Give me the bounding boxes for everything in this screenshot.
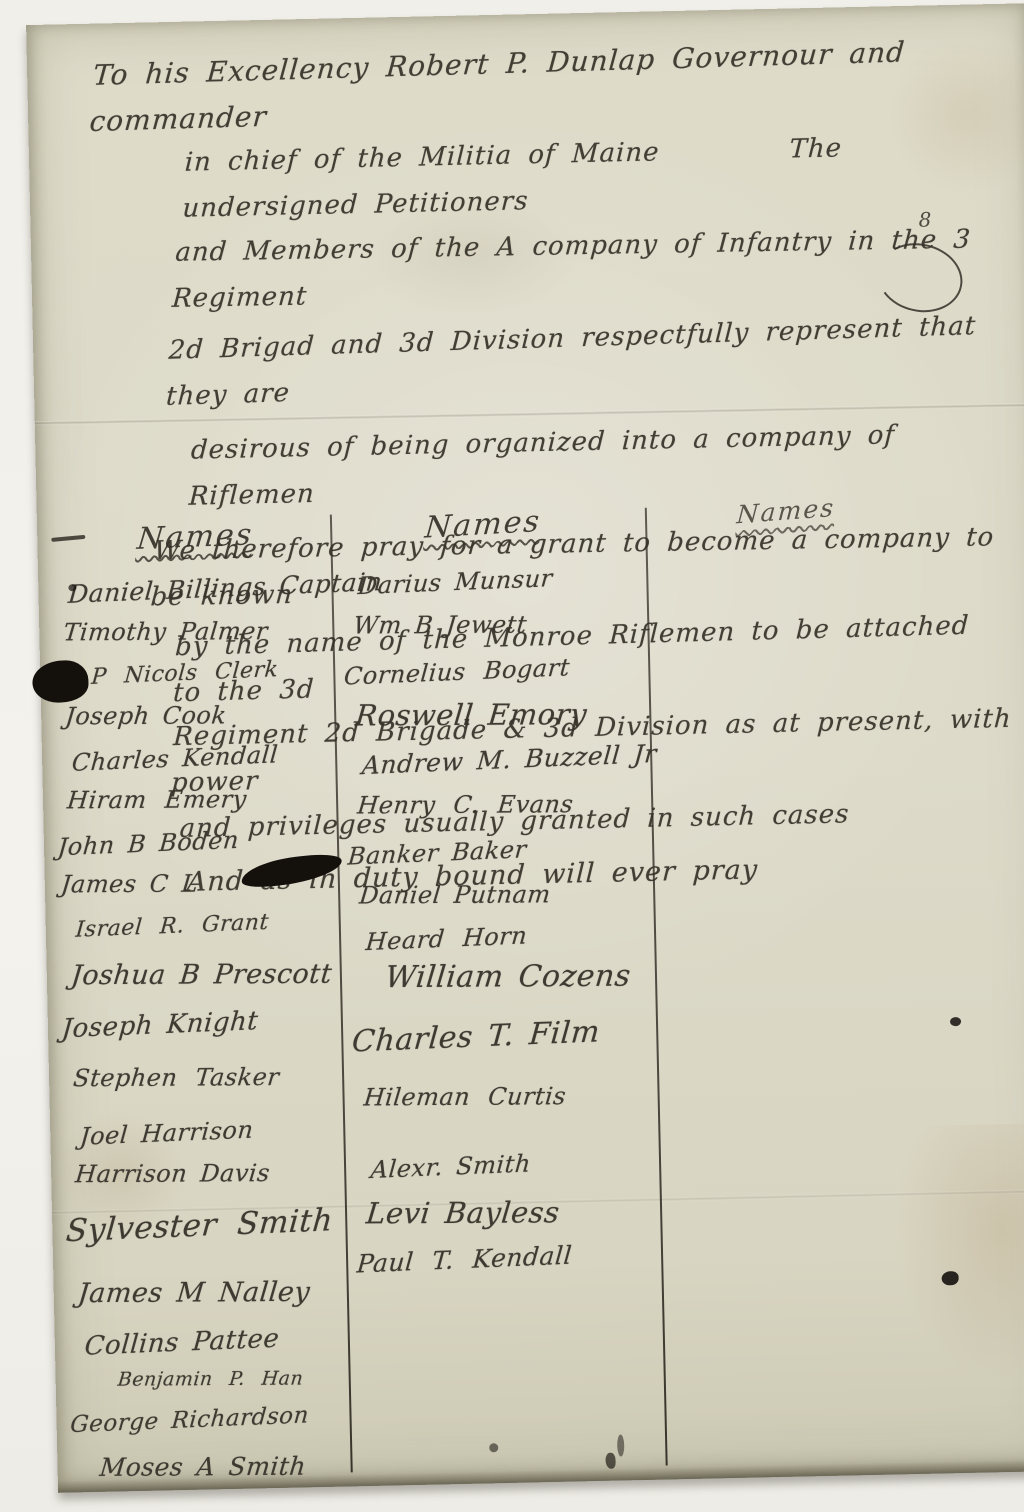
signature: Charles T. Film [350,1006,694,1066]
signature: Benjamin P. Han [116,1358,350,1399]
signature: Hileman Curtis [362,1074,696,1118]
ink-speck [942,1271,959,1285]
signature: Sylvester Smith [64,1200,346,1251]
ink-smudge [605,1453,615,1469]
signature: Roswell Emory [353,692,687,736]
signature-column-left: Daniel Billings Captain Timothy Palmer N… [52,567,350,1491]
signature: Wm B Jewett [351,602,685,646]
signature: Daniel Billings Captain [67,564,333,615]
signature: Alexr. Smith [369,1136,697,1191]
signature-column-middle: Darius Munsur Wm B Jewett Cornelius Boga… [342,555,698,1282]
signature: Andrew M. Buzzell Jr [360,732,688,787]
ink-smudge [617,1434,624,1456]
names-column-header-2: Names [423,504,542,546]
petition-body-line: in chief of the Militia of Maine The und… [181,122,1003,232]
signature: Daniel Putnam [357,872,691,916]
signature: N P Nicols Clerk [52,648,334,699]
signature: Darius Munsur [356,552,684,607]
signature: Stephen Tasker [71,1057,343,1099]
signature: Hiram Emery [65,779,337,821]
signature: William Cozens [383,954,693,1000]
signature: Israel R. Grant [74,900,340,951]
petition-body-line: desirous of being organized into a compa… [188,410,1010,520]
ink-annotation-mark: 8 [918,207,931,231]
signature: Charles Kendall [70,732,336,783]
signature: Timothy Palmer [62,611,334,653]
signature: George Richardson [69,1394,351,1445]
ink-speck [950,1017,961,1026]
signature: Heard Horn [364,912,691,959]
signature: Levi Bayless [364,1190,698,1234]
signature: Joseph Cook [63,695,335,737]
scan-background: To his Excellency Robert P. Dunlap Gover… [0,0,1024,1512]
signature: Banker Baker [346,822,690,878]
signature: Cornelius Bogart [342,642,686,698]
signature: Joshua B Prescott [69,955,341,997]
signature: Henry C. Evans [355,782,689,826]
ink-smudge [489,1443,498,1452]
names-column-header-1: Names [135,517,254,557]
signature: Joseph Knight [60,998,342,1049]
signature: Paul T. Kendall [355,1229,699,1285]
ink-blot [32,660,89,703]
signature: Harrison Davis [73,1153,345,1195]
signature: James M Nalley [76,1273,348,1315]
age-stain-right [890,1123,1024,1387]
petition-paper-sheet: To his Excellency Robert P. Dunlap Gover… [26,3,1024,1493]
signature: Joel Harrison [78,1106,344,1157]
